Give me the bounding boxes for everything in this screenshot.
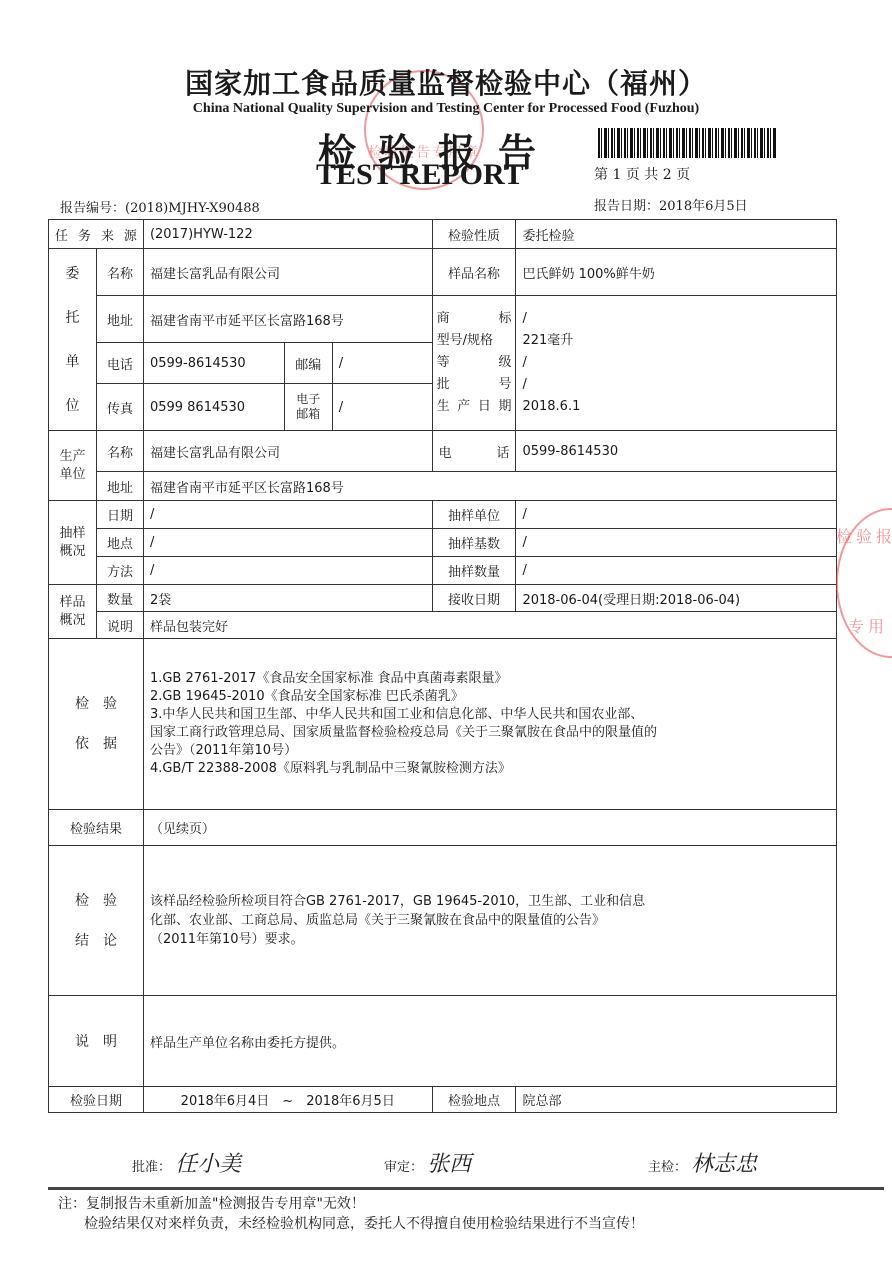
conclusion-line: 该样品经检验所检项目符合GB 2761-2017，GB 19645-2010，卫… [150, 892, 830, 911]
client-name-value: 福建长富乳品有限公司 [143, 249, 432, 296]
producer-phone-value: 0599-8614530 [516, 431, 837, 472]
side-seal-text-1: 检验报 [836, 524, 892, 547]
task-source-value: (2017)HYW-122 [143, 220, 432, 249]
basis-item: 4.GB/T 22388-2008《原料乳与乳制品中三聚氰胺检测方法》 [150, 760, 830, 778]
row-task-source: 任务来源 (2017)HYW-122 检验性质 委托检验 [49, 220, 837, 249]
basis-item: 公告》（2011年第10号） [150, 742, 830, 760]
production-date-label: 生产日期 [437, 396, 512, 418]
sampling-date-label: 日期 [96, 501, 143, 529]
report-number-value: (2018)MJHY-X90488 [125, 201, 260, 216]
report-date-value: 2018年6月5日 [659, 199, 748, 214]
footer-note-2: 检验结果仅对来样负责，未经检验机构同意，委托人不得擅自使用检验结果进行不当宣传！ [84, 1213, 644, 1233]
organization-name-en: China National Quality Supervision and T… [0, 101, 892, 117]
remarks-label: 说 明 [49, 996, 144, 1087]
basis-item: 国家工商行政管理总局、国家质量监督检验检疫总局《关于三聚氰胺在食品中的限量值的 [150, 724, 830, 742]
sample-status-section-label: 样品概况 [49, 585, 97, 639]
conclusion-label-line1: 检 验 [55, 881, 137, 921]
grade-label: 等级 [437, 352, 512, 374]
report-date-label: 报告日期： [594, 199, 659, 214]
sampling-method-label: 方法 [96, 557, 143, 585]
sampling-place-value: / [143, 529, 432, 557]
inspector-signature: 主检： 林志忠 [648, 1147, 757, 1178]
inspector-label: 主检： [648, 1160, 687, 1175]
inspection-type-label: 检验性质 [432, 220, 516, 249]
sampling-section-label: 抽样概况 [49, 501, 97, 585]
sampling-qty-label: 抽样数量 [432, 557, 516, 585]
basis-item: 2.GB 19645-2010《食品安全国家标准 巴氏杀菌乳》 [150, 688, 830, 706]
reviewer-signature-mark: 张西 [427, 1152, 471, 1177]
sample-attribute-labels: 商标 型号/规格 等级 批号 生产日期 [432, 296, 516, 431]
document-title-en: TEST REPORT [316, 158, 524, 192]
client-fax-value: 0599 8614530 [143, 384, 284, 431]
sampling-base-label: 抽样基数 [432, 529, 516, 557]
test-location-value: 院总部 [516, 1087, 837, 1113]
client-phone-value: 0599-8614530 [143, 343, 284, 384]
conclusion-line: （2011年第10号）要求。 [150, 930, 830, 949]
report-date: 报告日期：2018年6月5日 [594, 195, 748, 214]
producer-section-label: 生产单位 [49, 431, 97, 501]
sampling-qty-value: / [516, 557, 837, 585]
client-email-label: 电子邮箱 [284, 384, 332, 431]
client-address-label: 地址 [96, 296, 143, 343]
client-phone-label: 电话 [96, 343, 143, 384]
result-value: （见续页） [143, 810, 836, 846]
client-postcode-value: / [332, 343, 432, 384]
sample-name-value: 巴氏鲜奶 100%鲜牛奶 [516, 249, 837, 296]
basis-list: 1.GB 2761-2017《食品安全国家标准 食品中真菌毒素限量》 2.GB … [143, 639, 836, 810]
report-number-label: 报告编号： [60, 201, 125, 216]
basis-label: 检 验 依 据 [49, 639, 144, 810]
sample-qty-value: 2袋 [143, 585, 432, 612]
producer-section-text: 生产单位 [58, 448, 86, 484]
conclusion-label: 检 验 结 论 [49, 846, 144, 996]
reviewer-signature: 审定： 张西 [384, 1147, 471, 1178]
report-number: 报告编号：(2018)MJHY-X90488 [60, 197, 260, 216]
test-location-label: 检验地点 [432, 1087, 516, 1113]
conclusion-label-line2: 结 论 [55, 921, 137, 961]
result-label: 检验结果 [49, 810, 144, 846]
organization-name-cn: 国家加工食品质量监督检验中心（福州） [0, 62, 892, 102]
producer-name-value: 福建长富乳品有限公司 [143, 431, 432, 472]
sampling-base-value: / [516, 529, 837, 557]
sample-note-label: 说明 [96, 612, 143, 639]
reviewer-label: 审定： [384, 1160, 423, 1175]
approver-label: 批准： [132, 1160, 171, 1175]
sampling-unit-value: / [516, 501, 837, 529]
sampling-date-value: / [143, 501, 432, 529]
basis-label-line2: 依 据 [55, 724, 137, 764]
approver-signature-mark: 任小美 [175, 1152, 241, 1177]
client-address-value: 福建省南平市延平区长富路168号 [143, 296, 432, 343]
sample-note-value: 样品包装完好 [143, 612, 836, 639]
grade-value: / [522, 352, 830, 374]
client-name-label: 名称 [96, 249, 143, 296]
producer-phone-label: 电话 [432, 431, 516, 472]
brand-value: / [522, 308, 830, 330]
side-seal-stamp: 检验报 专用 [836, 508, 892, 658]
sample-name-label: 样品名称 [432, 249, 516, 296]
sampling-place-label: 地点 [96, 529, 143, 557]
producer-name-label: 名称 [96, 431, 143, 472]
client-section-label: 委托单位 [49, 249, 97, 431]
page-indicator: 第 1 页 共 2 页 [594, 164, 690, 184]
sampling-method-value: / [143, 557, 432, 585]
brand-label: 商标 [437, 308, 512, 330]
sample-attribute-values: / 221毫升 / / 2018.6.1 [516, 296, 837, 431]
side-seal-text-2: 专用 [848, 614, 888, 637]
client-fax-label: 传真 [96, 384, 143, 431]
test-period-label: 检验日期 [49, 1087, 144, 1113]
barcode [598, 128, 776, 158]
sample-status-section-text: 样品概况 [58, 594, 86, 630]
footer-note-1: 注：复制报告未重新加盖"检测报告专用章"无效！ [58, 1193, 365, 1213]
inspection-type-value: 委托检验 [516, 220, 837, 249]
report-table: 任务来源 (2017)HYW-122 检验性质 委托检验 委托单位 名称 福建长… [48, 219, 837, 1113]
sampling-unit-label: 抽样单位 [432, 501, 516, 529]
batch-value: / [522, 374, 830, 396]
producer-address-label: 地址 [96, 472, 143, 501]
basis-item: 3.中华人民共和国卫生部、中华人民共和国工业和信息化部、中华人民共和国农业部、 [150, 706, 830, 724]
remarks-value: 样品生产单位名称由委托方提供。 [143, 996, 836, 1087]
basis-item: 1.GB 2761-2017《食品安全国家标准 食品中真菌毒素限量》 [150, 670, 830, 688]
client-section-text: 委托单位 [65, 252, 79, 428]
spec-value: 221毫升 [522, 330, 830, 352]
sample-qty-label: 数量 [96, 585, 143, 612]
footer-divider [48, 1187, 884, 1190]
inspector-signature-mark: 林志忠 [691, 1152, 757, 1177]
conclusion-text: 该样品经检验所检项目符合GB 2761-2017，GB 19645-2010，卫… [143, 846, 836, 996]
client-email-value: / [332, 384, 432, 431]
producer-address-value: 福建省南平市延平区长富路168号 [143, 472, 836, 501]
batch-label: 批号 [437, 374, 512, 396]
basis-label-line1: 检 验 [55, 684, 137, 724]
received-date-value: 2018-06-04(受理日期:2018-06-04) [516, 585, 837, 612]
sampling-section-text: 抽样概况 [58, 525, 86, 561]
client-postcode-label: 邮编 [284, 343, 332, 384]
received-date-label: 接收日期 [432, 585, 516, 612]
conclusion-line: 化部、农业部、工商总局、质监总局《关于三聚氰胺在食品中的限量值的公告》 [150, 911, 830, 930]
test-period-value: 2018年6月4日 ~ 2018年6月5日 [143, 1087, 432, 1113]
spec-label: 型号/规格 [437, 330, 512, 352]
task-source-label: 任务来源 [49, 220, 144, 249]
production-date-value: 2018.6.1 [522, 396, 830, 418]
approver-signature: 批准： 任小美 [132, 1147, 241, 1178]
